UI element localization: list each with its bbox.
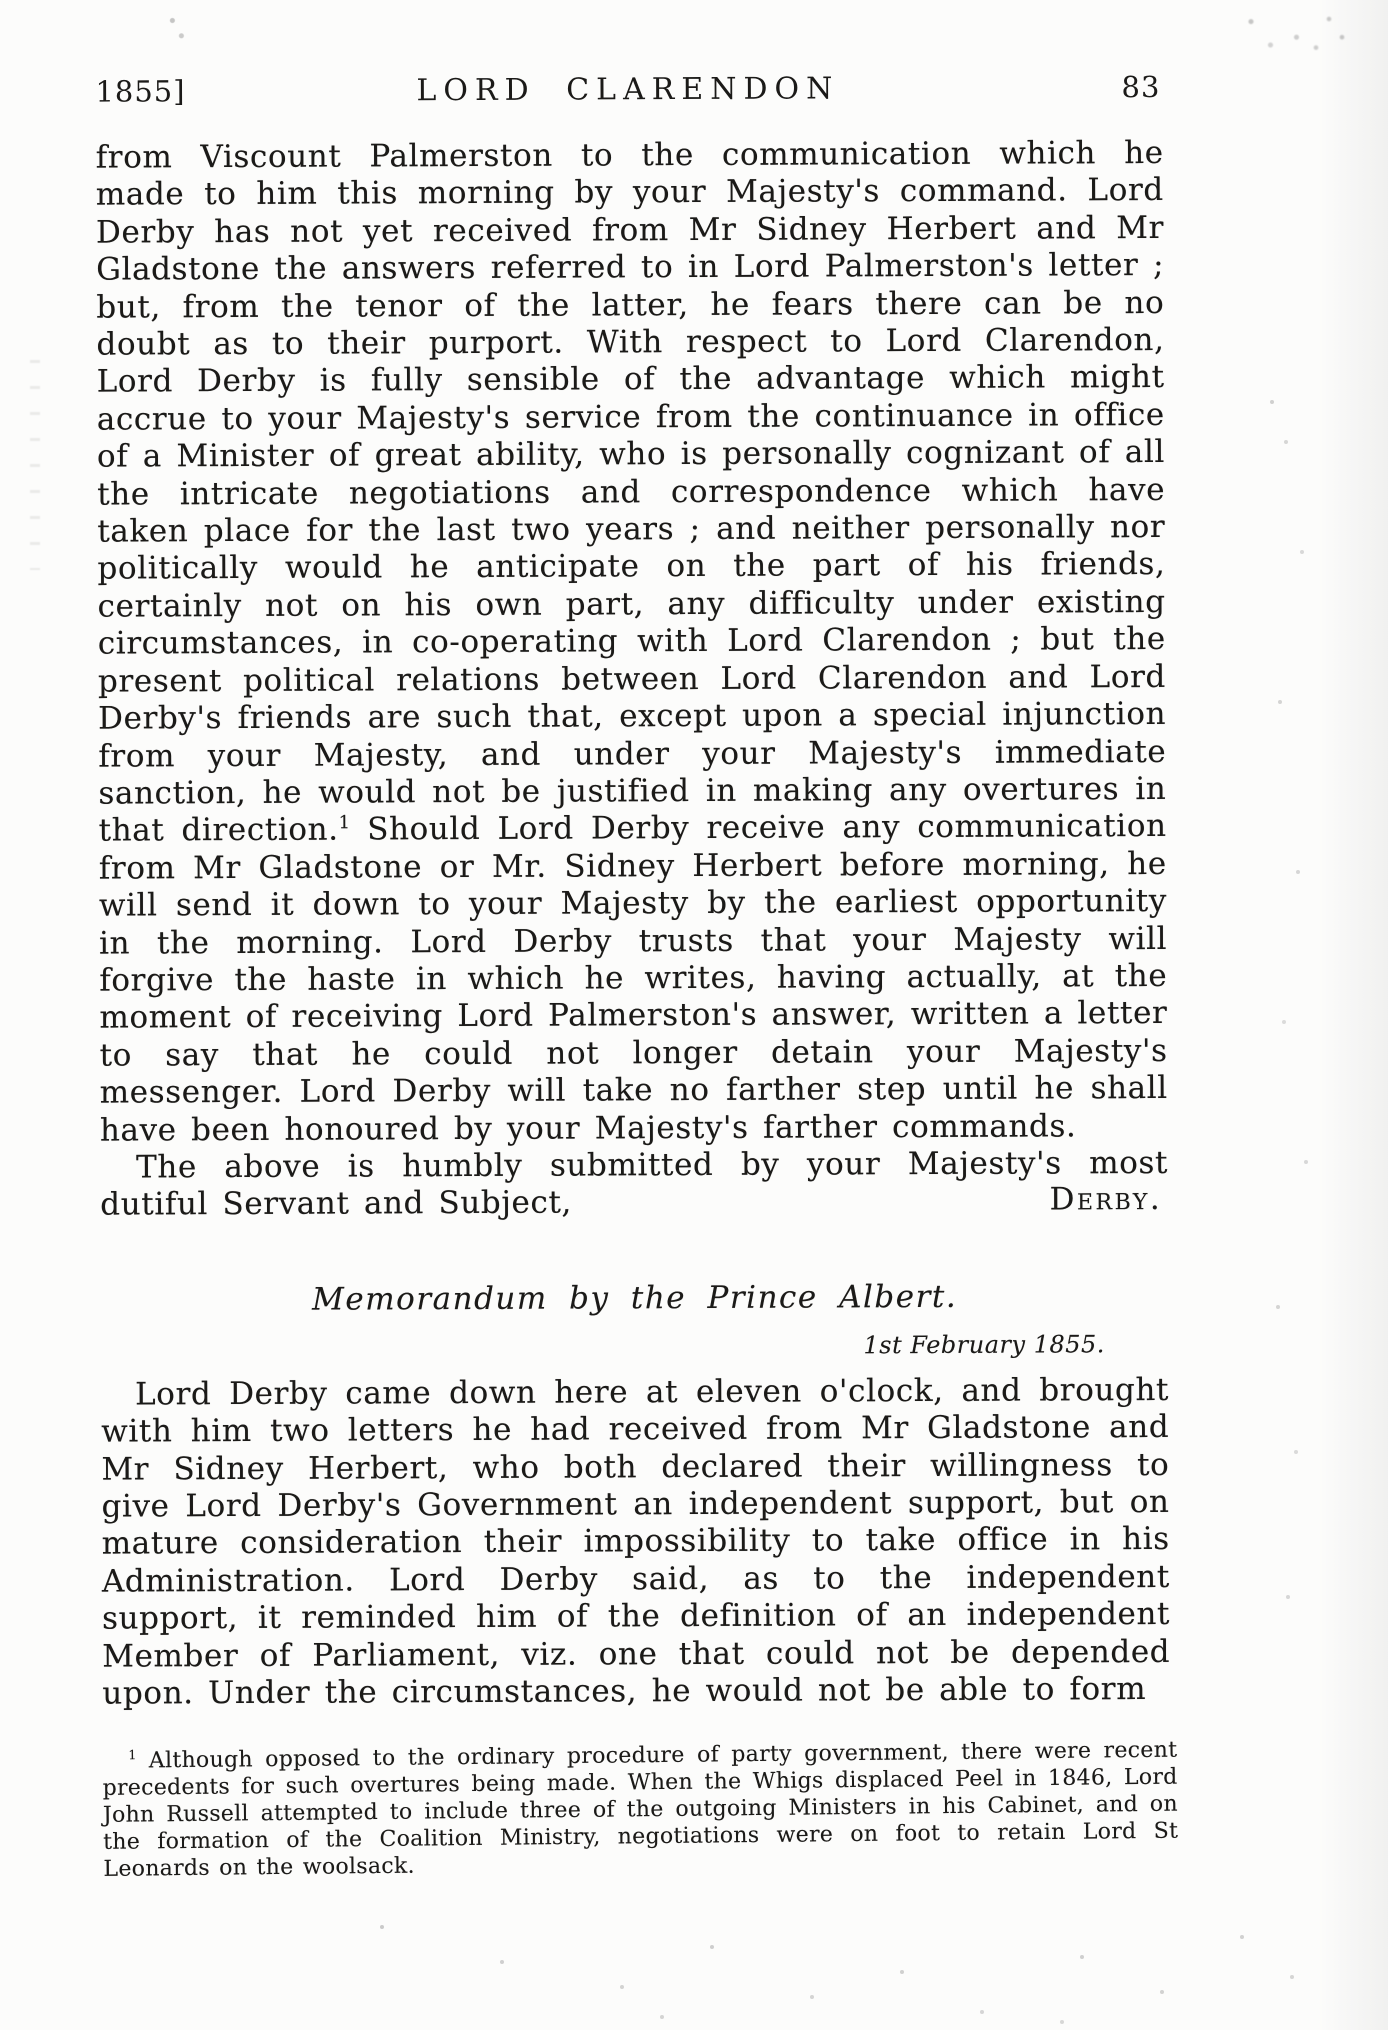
letter-body-paragraph: from Viscount Palmerston to the communic…: [96, 135, 1168, 1150]
memorandum-heading: Memorandum by the Prince Albert.: [101, 1278, 1169, 1319]
memorandum-date: 1st February 1855.: [101, 1330, 1105, 1362]
text-column: from Viscount Palmerston to the communic…: [96, 135, 1171, 1713]
footnote-reference-marker: 1: [339, 812, 351, 833]
footnote-text: Although opposed to the ordinary procedu…: [103, 1738, 1179, 1882]
page-title: LORD CLARENDON: [275, 71, 980, 109]
letter-closing-paragraph: The above is humbly submitted by your Ma…: [100, 1145, 1168, 1224]
page-header: 1855] LORD CLARENDON 83: [95, 70, 1160, 110]
closing-text: The above is humbly submitted by your Ma…: [100, 1145, 1168, 1223]
signature: Derby.: [1050, 1181, 1163, 1219]
letter-body-text: from Viscount Palmerston to the communic…: [96, 135, 1167, 849]
header-year-marker: 1855]: [95, 74, 275, 109]
memorandum-body-paragraph: Lord Derby came down here at eleven o'cl…: [101, 1372, 1170, 1713]
page-number: 83: [980, 70, 1160, 105]
letter-body-text-continued: Should Lord Derby receive any communicat…: [99, 808, 1168, 1148]
footnote-marker: 1: [128, 1749, 136, 1764]
footnote: 1 Although opposed to the ordinary proce…: [102, 1737, 1178, 1883]
book-page: 1855] LORD CLARENDON 83 from Viscount Pa…: [0, 0, 1388, 2030]
scan-noise-specks-bottom: [380, 1925, 384, 1929]
page-content: 1855] LORD CLARENDON 83 from Viscount Pa…: [0, 0, 1388, 1880]
